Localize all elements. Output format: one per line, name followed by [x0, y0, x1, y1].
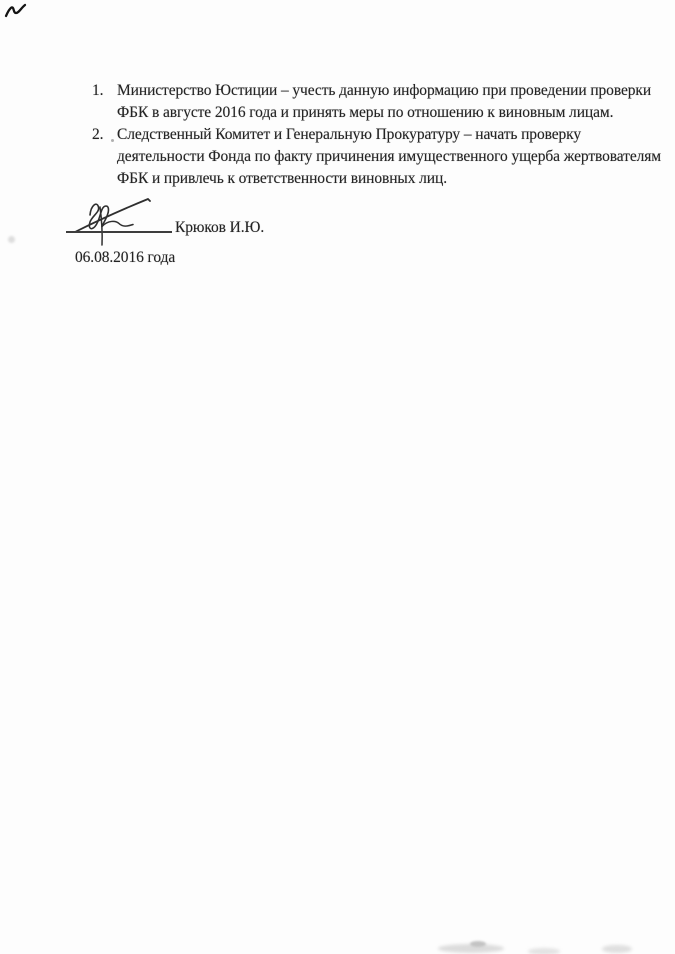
list-item-line: Министерство Юстиции – учесть данную инф… [117, 80, 652, 102]
list-item-line: ФБК в августе 2016 года и принять меры п… [117, 102, 652, 124]
list-item-number: 2. [92, 124, 117, 146]
list-item-line: деятельности Фонда по факту причинения и… [117, 146, 661, 168]
list-item-number: 1. [92, 80, 117, 102]
list-item-line: Следственный Комитет и Генеральную Проку… [117, 124, 661, 146]
list-item-text: Следственный Комитет и Генеральную Проку… [117, 124, 661, 190]
document-date: 06.08.2016 года [75, 247, 175, 269]
scan-smudge-artifact [528, 948, 560, 954]
signatory-name: Крюков И.Ю. [175, 217, 264, 239]
scan-smudge-artifact [470, 941, 486, 947]
document-page: 1. Министерство Юстиции – учесть данную … [0, 0, 675, 954]
signature-line [66, 231, 172, 233]
list-item: 2. Следственный Комитет и Генеральную Пр… [92, 124, 652, 190]
handwritten-signature-icon [62, 188, 182, 250]
list-item-line: ФБК и привлечь к ответственности виновны… [117, 168, 661, 190]
pen-mark-icon [4, 2, 28, 22]
scan-smudge-artifact [602, 945, 632, 953]
numbered-list: 1. Министерство Юстиции – учесть данную … [92, 80, 652, 190]
list-item: 1. Министерство Юстиции – учесть данную … [92, 80, 652, 124]
scan-speck-artifact [111, 139, 114, 142]
scan-dot-artifact [8, 236, 15, 243]
list-item-text: Министерство Юстиции – учесть данную инф… [117, 80, 652, 124]
